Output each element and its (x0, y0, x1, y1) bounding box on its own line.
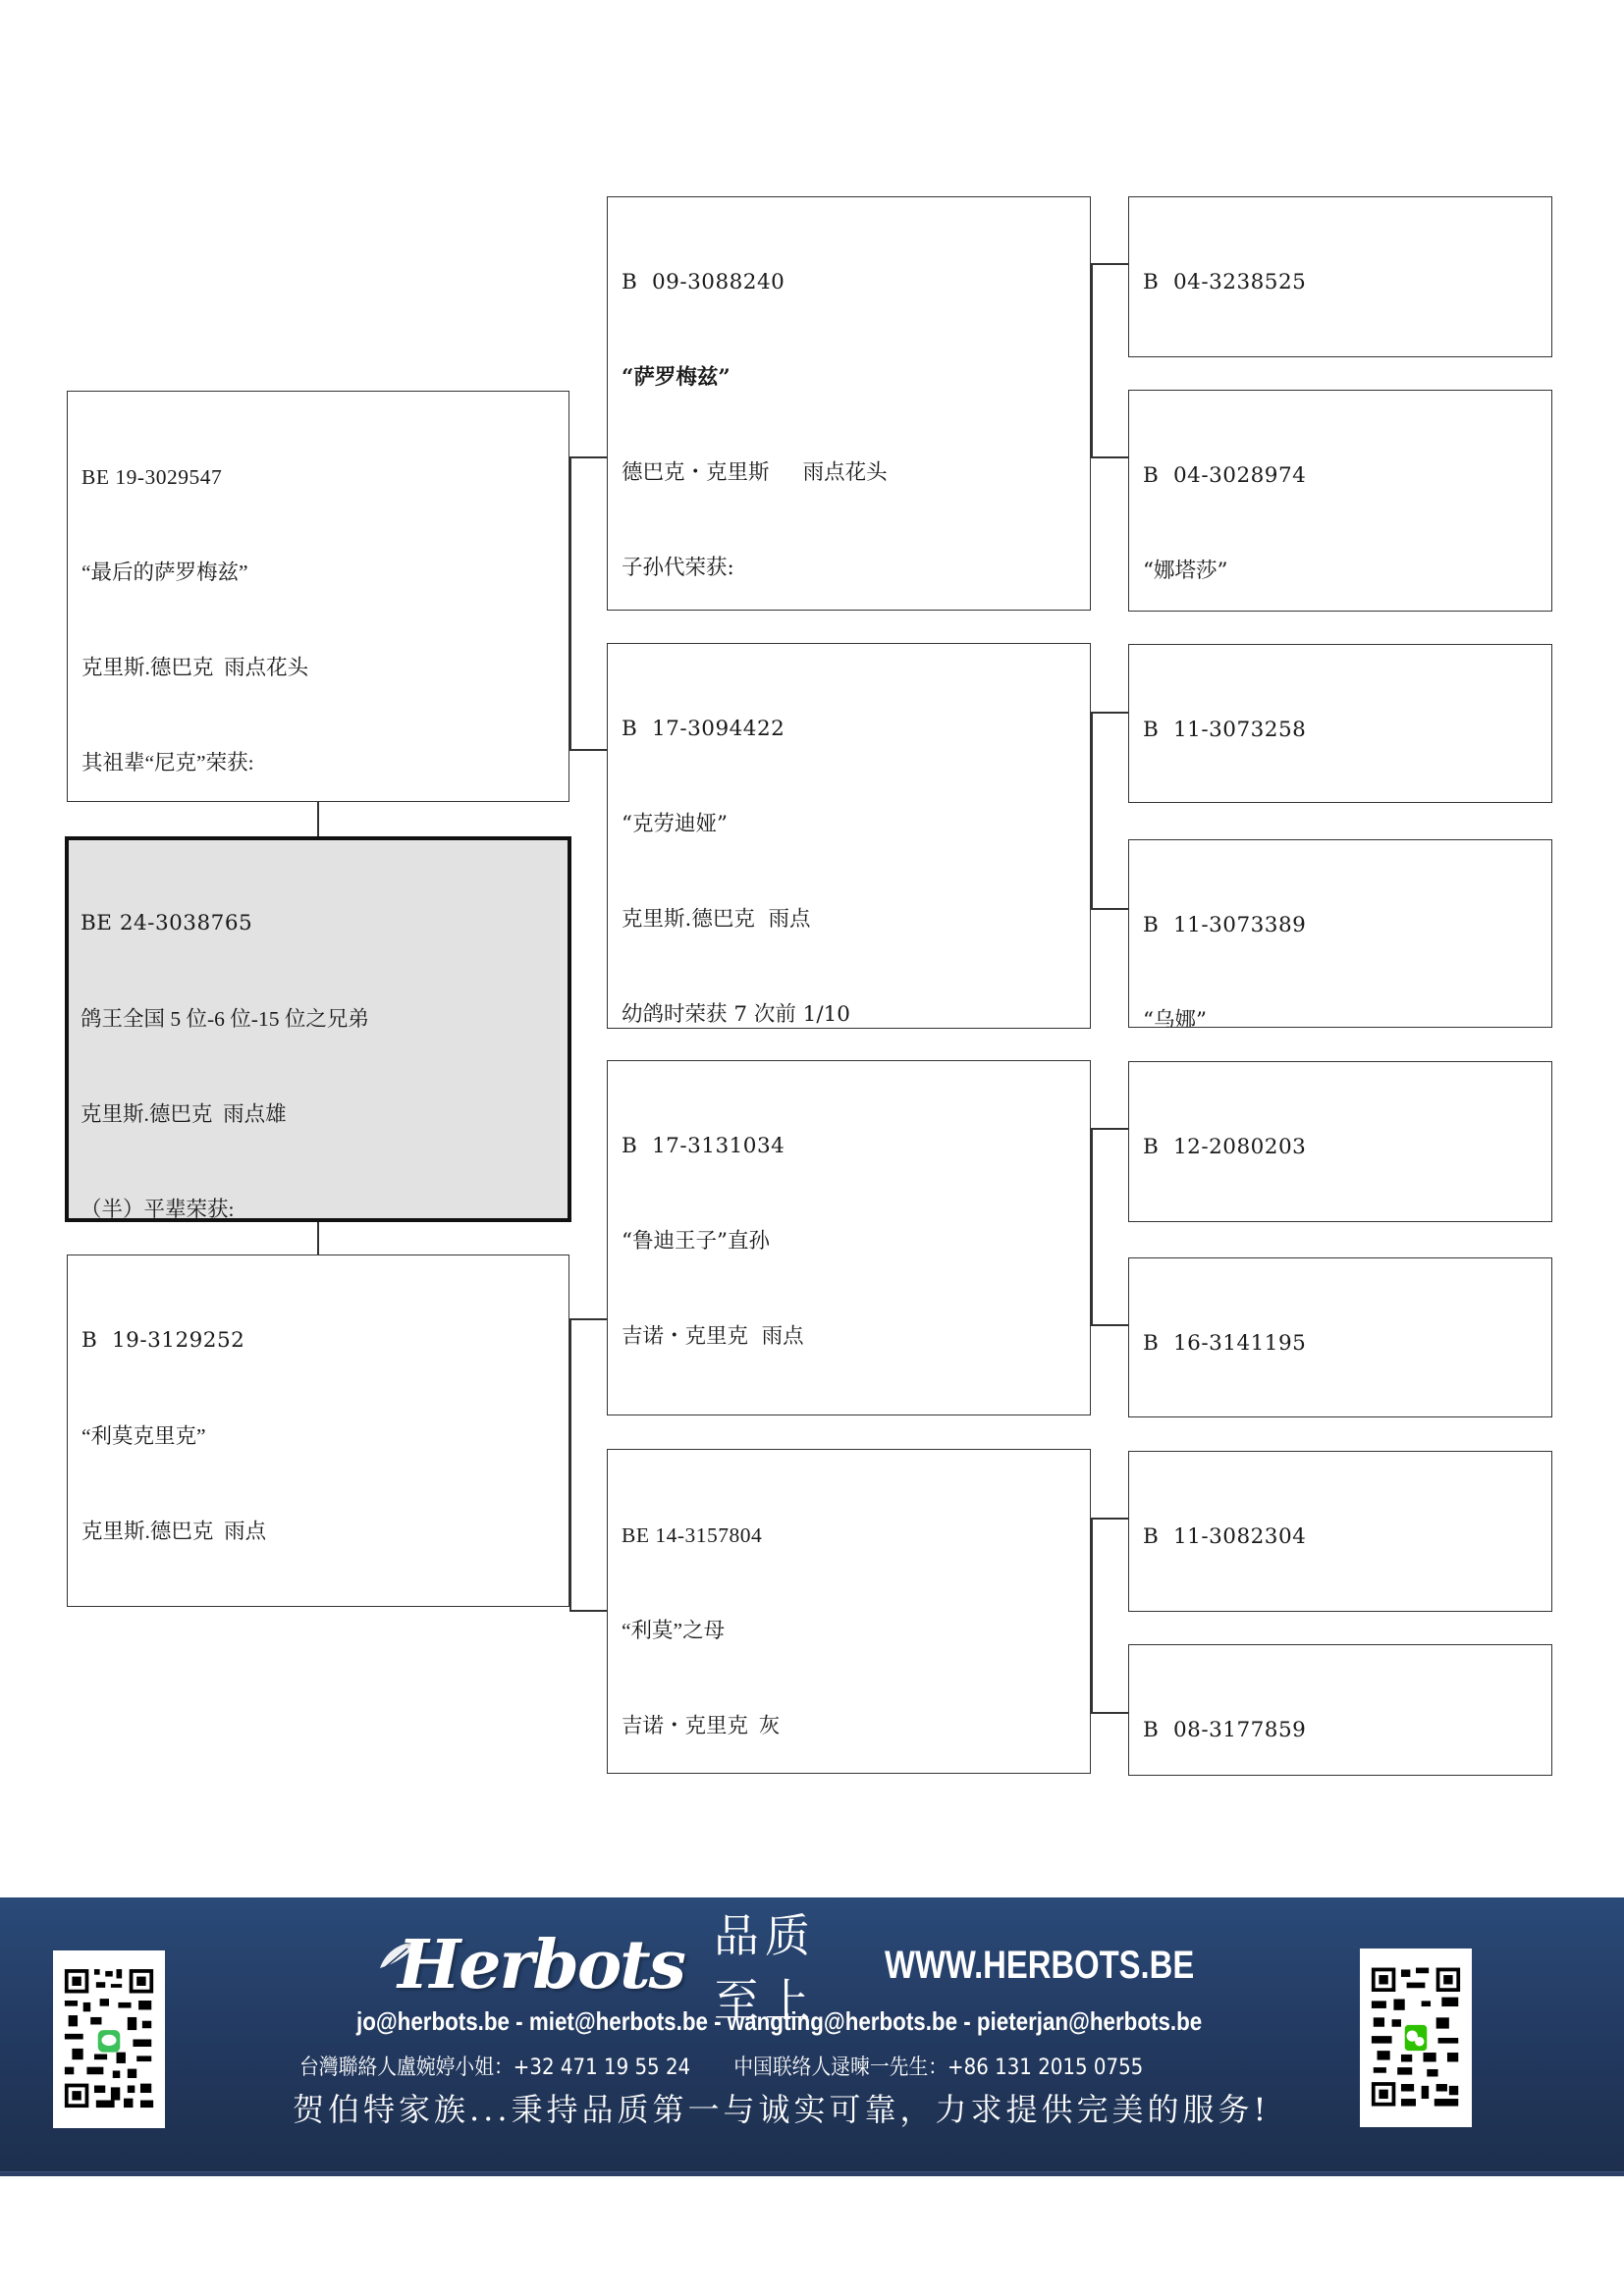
card-line: “利莫克里克” (81, 1420, 568, 1452)
ring-number: BE 14-3157804 (622, 1520, 1090, 1551)
card-line: 德巴克・克里斯 雨点花头 (622, 457, 1090, 489)
card-line: “利莫”之母 (622, 1615, 1090, 1646)
card-line: 吉诺・克里克 灰 (622, 1710, 1090, 1741)
card-line: 子孙代荣获: (622, 553, 1090, 584)
ring-number: B 16-3141195 (1143, 1328, 1551, 1360)
ring-number: BE 24-3038765 (81, 908, 568, 939)
card-line: 克里斯.德巴克 雨点雄 (81, 1098, 568, 1130)
connector (569, 749, 607, 751)
ring-number: B 11-3073389 (1143, 910, 1551, 941)
card-line: “鲁迪王子”直孙 (622, 1226, 1090, 1257)
pedigree-card-sire-sire: B 09-3088240 “萨罗梅兹” 德巴克・克里斯 雨点花头 子孙代荣获: … (607, 196, 1091, 611)
connector (317, 1221, 319, 1255)
ring-number: B 17-3094422 (622, 714, 1090, 745)
connector (317, 802, 319, 836)
ring-number: B 04-3238525 (1143, 267, 1551, 298)
ring-number: B 11-3073258 (1143, 715, 1551, 746)
pedigree-card-ds-dam: B 16-3141195 “鲁迪王子”直女 吉诺・克里克 雨点 其父荣获: 利蒙… (1128, 1257, 1552, 1417)
brand-header: Herbots 品质至上 WWW.HERBOTS.BE (378, 1926, 1262, 2004)
herbots-logo: Herbots (398, 1926, 684, 2004)
ring-number: B 17-3131034 (622, 1131, 1090, 1162)
card-line: 吉诺・克里克 雨点 (622, 1321, 1090, 1353)
brand-motto: 贺伯特家族...秉持品质第一与诚实可靠，力求提供完美的服务! (293, 2085, 1270, 2130)
connector (569, 456, 571, 751)
pedigree-card-sd-dam: B 11-3073389 “乌娜” 克里斯.德巴克 灰白条 子孙代荣获: 查特鲁… (1128, 839, 1552, 1028)
card-line: 克里斯.德巴克 雨点 (622, 904, 1090, 935)
card-line: 鸽王全国 5 位-6 位-15 位之兄弟 (81, 1003, 568, 1035)
pedigree-card-dam-dam: BE 14-3157804 “利莫”之母 吉诺・克里克 灰 子代荣获: KBDB… (607, 1449, 1091, 1774)
connector (1091, 263, 1128, 265)
ring-number: BE 19-3029547 (81, 461, 568, 493)
card-line: 克里斯.德巴克 雨点 (81, 1516, 568, 1547)
connector (1091, 908, 1128, 910)
pedigree-card-sire-dam: B 17-3094422 “克劳迪娅” 克里斯.德巴克 雨点 幼鸽时荣获 7 次… (607, 643, 1091, 1029)
contact-phones: 台灣聯絡人盧婉婷小姐：+32 471 19 55 24 中国联络人逯暕一先生：+… (299, 2051, 1272, 2081)
pedigree-card-dd-dam: B 08-3177859 “米雷耶” 吉诺・克里克 灰 (1128, 1644, 1552, 1776)
card-line: （半）平辈荣获: (81, 1194, 568, 1222)
card-line: 其祖辈“尼克”荣获: (81, 747, 568, 778)
connector (569, 1318, 571, 1611)
card-line: “乌娜” (1143, 1005, 1551, 1028)
pedigree-card-ds-sire: B 12-2080203 “比利时小姐”全兄弟 雨点 吉诺・克里克 平辈“比利时… (1128, 1061, 1552, 1222)
pedigree-card-sd-sire: B 11-3073258 “乌尔邦” 克里斯.德巴克 雨点 子孙代荣获: 查特鲁… (1128, 644, 1552, 803)
ring-number: B 11-3082304 (1143, 1522, 1551, 1553)
connector (569, 456, 607, 458)
ring-number: B 08-3177859 (1143, 1715, 1551, 1746)
qr-code-wechat[interactable] (1360, 1949, 1472, 2127)
pedigree-card-ss-dam: B 04-3028974 “娜塔莎” 德巴克・克里斯 平辈“兰比克”荣获: 鸽王… (1128, 390, 1552, 612)
card-line: 克里斯.德巴克 雨点花头 (81, 652, 568, 683)
card-line: 幼鸽时荣获 7 次前 1/10 (622, 999, 1090, 1029)
pedigree-card-dam: B 19-3129252 “利莫克里克” 克里斯.德巴克 雨点 子代荣获: 20… (67, 1255, 569, 1607)
ring-number: B 19-3129252 (81, 1325, 568, 1357)
connector (569, 1318, 607, 1320)
connector (1091, 1128, 1093, 1325)
connector (1091, 263, 1093, 456)
website-link[interactable]: WWW.HERBOTS.BE (885, 1944, 1194, 1988)
connector (1091, 1128, 1128, 1130)
ring-number: B 12-2080203 (1143, 1132, 1551, 1163)
connector (1091, 1324, 1128, 1326)
pedigree-card-subject: BE 24-3038765 鸽王全国 5 位-6 位-15 位之兄弟 克里斯.德… (65, 836, 571, 1222)
contact-emails[interactable]: jo@herbots.be - miet@herbots.be - wangti… (356, 2006, 1159, 2037)
qr-pattern-icon (1370, 1958, 1462, 2117)
ring-number: B 09-3088240 (622, 267, 1090, 298)
pedigree-card-ss-sire: B 04-3238525 “尼克” 德巴克・克里斯 雨点白条 子代“斯塔夫”荣获… (1128, 196, 1552, 357)
card-line: “最后的萨罗梅兹” (81, 557, 568, 588)
card-line: “娜塔莎” (1143, 556, 1551, 587)
contact-china: 中国联络人逯暕一先生：+86 131 2015 0755 (733, 2056, 1143, 2080)
ring-number: B 04-3028974 (1143, 460, 1551, 492)
footer-stripe (0, 2171, 1624, 2176)
pedigree-card-sire: BE 19-3029547 “最后的萨罗梅兹” 克里斯.德巴克 雨点花头 其祖辈… (67, 391, 569, 802)
card-line: “萨罗梅兹” (622, 362, 1090, 394)
connector (1091, 712, 1093, 909)
card-line: “克劳迪娅” (622, 809, 1090, 840)
pedigree-card-dd-sire: B 11-3082304 “安妮塔”之兄弟 吉诺・克里克 图尔 504 羽 1 … (1128, 1451, 1552, 1612)
qr-code-line[interactable] (53, 1950, 165, 2128)
connector (569, 1610, 607, 1612)
connector (1091, 1712, 1128, 1714)
pedigree-card-dam-sire: B 17-3131034 “鲁迪王子”直孙 吉诺・克里克 雨点 其祖父荣获: 利… (607, 1060, 1091, 1415)
contact-taiwan: 台灣聯絡人盧婉婷小姐：+32 471 19 55 24 (299, 2056, 690, 2080)
connector (1091, 712, 1128, 714)
connector (1091, 456, 1128, 458)
connector (1091, 1518, 1128, 1520)
connector (1091, 1518, 1093, 1713)
qr-pattern-icon (63, 1960, 155, 2118)
